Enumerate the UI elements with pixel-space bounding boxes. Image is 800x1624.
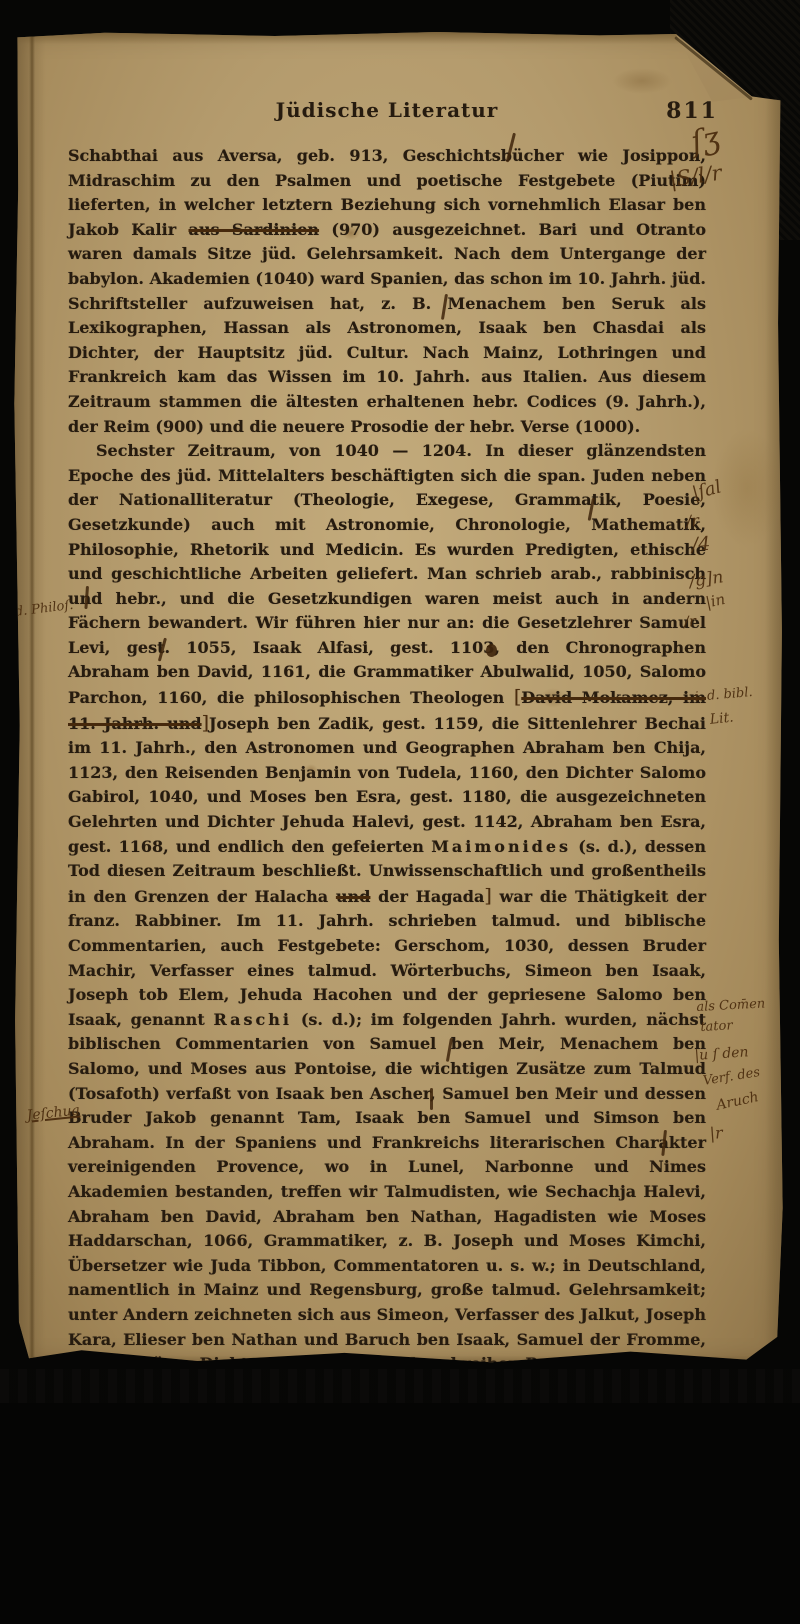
binding-cloth-texture-bottom xyxy=(0,1369,800,1403)
scan-background: Jüdische Literatur 811 Schabthai aus Ave… xyxy=(0,0,800,1403)
running-header: Jüdische Literatur 811 xyxy=(68,98,706,128)
text-run: Maimonides xyxy=(431,837,571,856)
text-run: Raschi xyxy=(214,1010,293,1029)
marginalia-note: /r xyxy=(683,612,697,631)
marginalia-note: /r xyxy=(685,511,700,531)
text-run: (s. d.); im folgenden Jahrh. wurden, näc… xyxy=(68,1010,706,1399)
paragraph: Sechster Zeitraum, von 1040 — 1204. In d… xyxy=(68,439,706,1403)
text-run: Joseph ben Zadik, gest. 1159, die Sitten… xyxy=(68,714,706,856)
marginalia-note: /4 xyxy=(691,533,711,556)
text-run: war die Thätigkeit der franz. Rabbiner. … xyxy=(68,887,706,1029)
handwritten-bracket: ] xyxy=(484,885,491,907)
paper-stain xyxy=(612,68,672,94)
page-title: Jüdische Literatur xyxy=(276,98,499,122)
marginalia-note: Verf. des xyxy=(702,1065,761,1089)
gutter-crease xyxy=(29,28,35,1369)
marginalia-note: /g]n xyxy=(688,567,725,592)
marginalia-note: ſʒ xyxy=(688,120,723,160)
struck-text: und xyxy=(336,887,370,906)
text-run: Sechster Zeitraum, von 1040 — 1204. In d… xyxy=(68,441,706,707)
ink-stroke xyxy=(430,1088,433,1110)
marginalia-note: Lit. xyxy=(709,710,734,728)
handwritten-bracket: ] xyxy=(202,712,209,734)
marginalia-note: |r xyxy=(709,1123,723,1143)
body-text: Schabthai aus Aversa, geb. 913, Geschich… xyxy=(68,144,706,1403)
page-bottom-edge-grime xyxy=(12,1355,785,1369)
text-run: (970) ausgezeichnet. Bari und Otranto wa… xyxy=(68,220,706,436)
book-page: Jüdische Literatur 811 Schabthai aus Ave… xyxy=(12,28,785,1369)
marginalia-note: |in xyxy=(704,590,727,612)
paragraph: Schabthai aus Aversa, geb. 913, Geschich… xyxy=(68,144,706,439)
marginalia-note: |u ſ den xyxy=(694,1044,749,1064)
marginalia-note: als Com̄en xyxy=(696,996,766,1015)
struck-text: aus Sardinien xyxy=(189,220,320,239)
text-column: Jüdische Literatur 811 Schabthai aus Ave… xyxy=(68,98,706,1403)
marginalia-note: Aruch xyxy=(715,1089,760,1114)
text-run: der Hagada xyxy=(370,887,484,906)
ink-blot xyxy=(486,644,497,657)
marginalia-note: tator xyxy=(700,1018,733,1035)
